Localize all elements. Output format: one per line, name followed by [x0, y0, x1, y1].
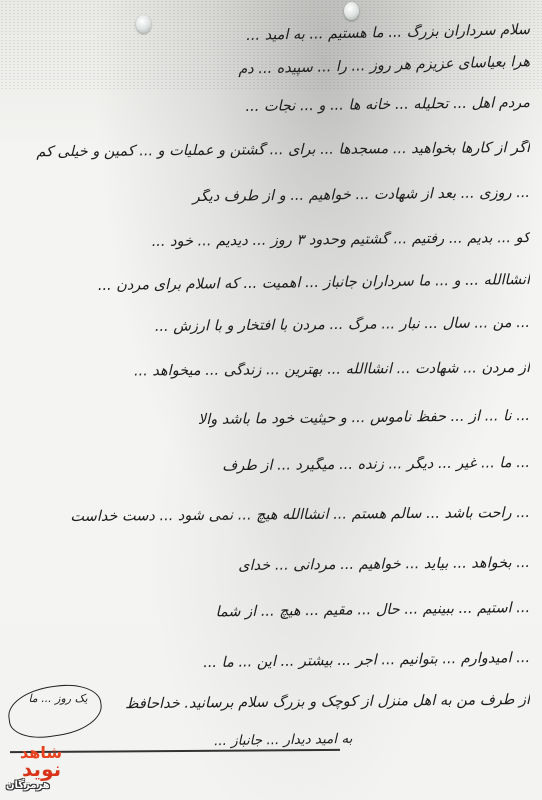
- pin-hole-right: [344, 2, 359, 20]
- logo-brand-main: نوید: [22, 758, 61, 780]
- logo-region: هرمزگان: [6, 780, 50, 791]
- signature-note: یک روز ... ما: [18, 692, 98, 706]
- letter-paper: [0, 0, 542, 800]
- closing-line: به امید دیدار ... جانباز ...: [213, 731, 352, 749]
- navid-shahed-logo: شاهد نوید هرمزگان: [2, 744, 72, 798]
